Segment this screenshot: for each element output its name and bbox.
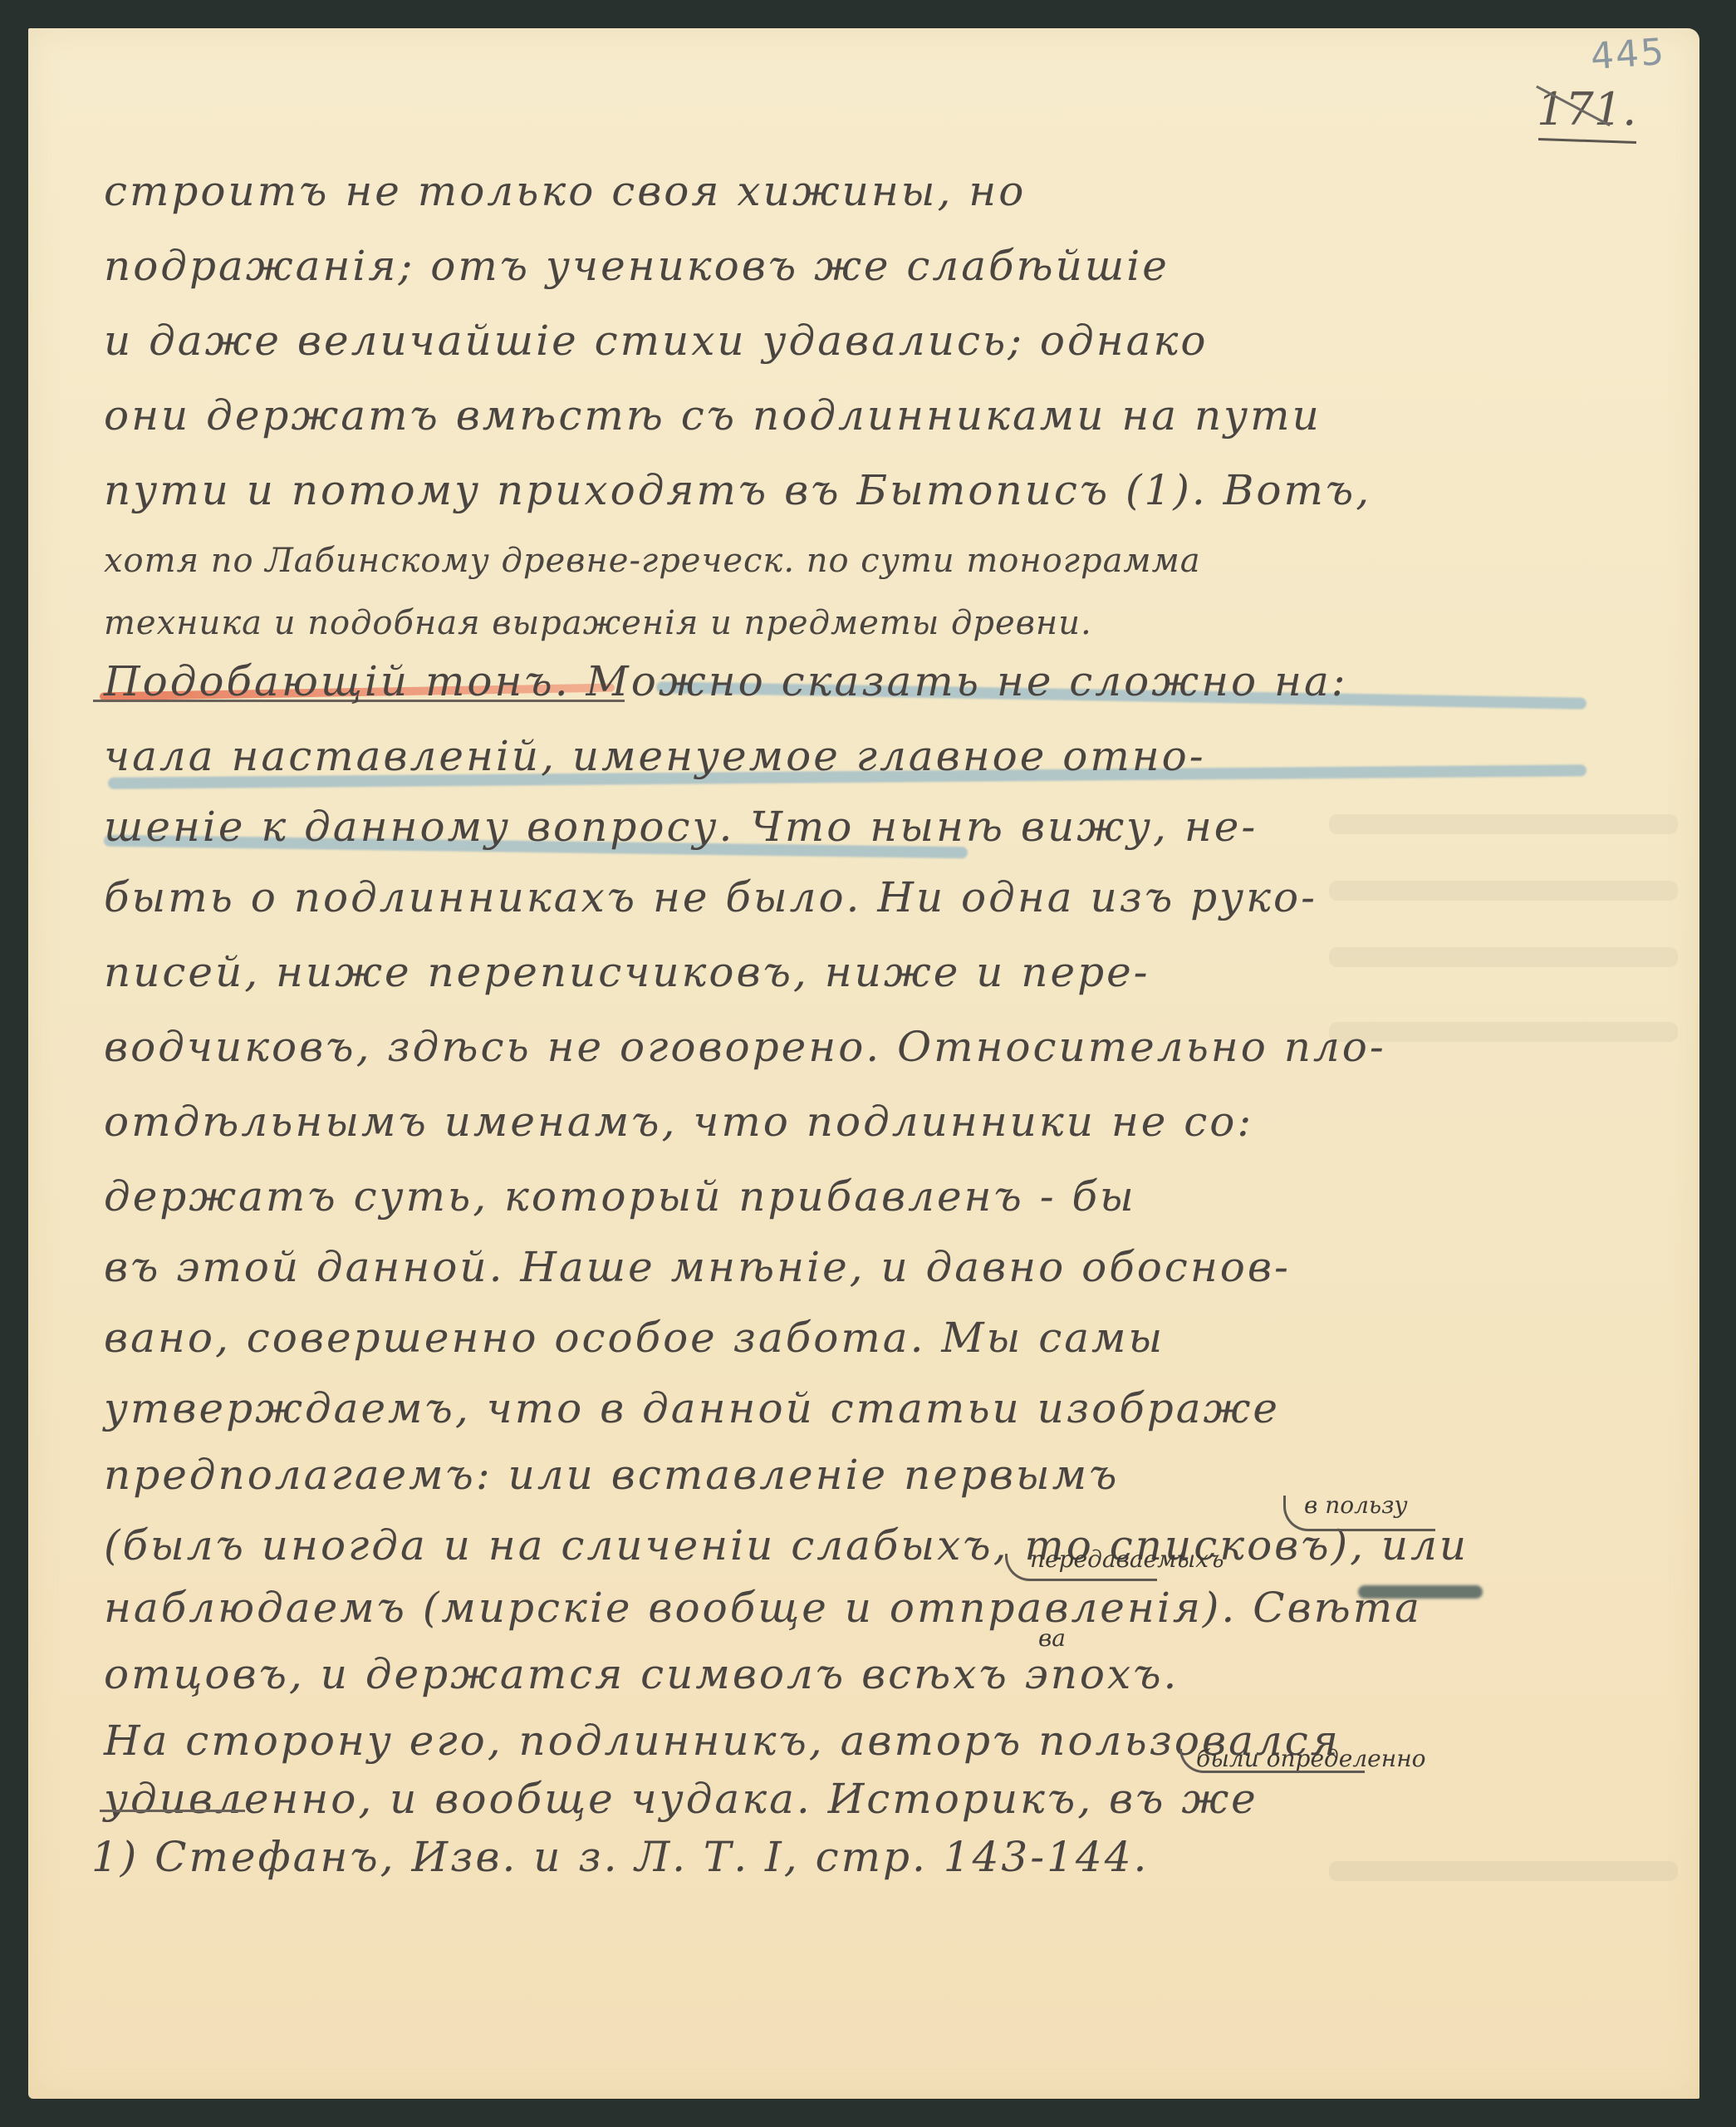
insertion-bracket xyxy=(1005,1554,1157,1581)
text-line: водчиковъ, здѣсь не оговорено. Относител… xyxy=(104,1022,1665,1072)
insertion-bracket xyxy=(1179,1749,1365,1773)
text-line: держатъ суть, который прибавленъ - бы xyxy=(104,1172,1665,1221)
interlinear-insertion: ва xyxy=(1038,1624,1066,1652)
text-line-heading: Подобающій тонъ. Можно сказать не сложно… xyxy=(104,656,1665,706)
text-line: они держатъ вмѣстѣ съ подлинниками на пу… xyxy=(104,391,1665,440)
crossed-out-word xyxy=(1358,1585,1483,1599)
text-line: писей, ниже переписчиковъ, ниже и пере- xyxy=(104,947,1665,997)
text-line: утверждаемъ, что в данной статьи изображ… xyxy=(104,1383,1665,1433)
folio-number: 445 xyxy=(1589,31,1666,78)
text-line: быть о подлинникахъ не было. Ни одна изъ… xyxy=(104,872,1665,922)
page-number: 171. xyxy=(1537,83,1636,135)
text-line: шеніе к данному вопросу. Что нынѣ вижу, … xyxy=(104,802,1665,852)
text-line: отдѣльнымъ именамъ, что подлинники не со… xyxy=(104,1097,1665,1147)
text-line: подражанія; отъ учениковъ же слабѣйшіе xyxy=(104,241,1665,291)
text-line: строитъ не только своя хижины, но xyxy=(104,166,1665,216)
text-line: предполагаемъ: или вставленіе первымъ xyxy=(104,1450,1665,1500)
text-line: На сторону его, подлинникъ, авторъ польз… xyxy=(104,1716,1665,1766)
text-line: и даже величайшіе стихи удавались; однак… xyxy=(104,316,1665,366)
text-line: удивленно, и вообще чудака. Историкъ, въ… xyxy=(104,1774,1665,1824)
text-line: хотя по Лабинскому древне-греческ. по су… xyxy=(104,536,1665,586)
insertion-bracket xyxy=(1283,1496,1435,1531)
text-line: техника и подобная выраженія и предметы … xyxy=(104,598,1665,648)
footnote: 1) Стефанъ, Изв. и з. Л. Т. I, стр. 143-… xyxy=(91,1832,1653,1882)
text-line: отцовъ, и держатся символъ всѣхъ эпохъ. xyxy=(104,1649,1665,1699)
text-line: чала наставленій, именуемое главное отно… xyxy=(104,731,1665,781)
text-line: въ этой данной. Наше мнѣніе, и давно обо… xyxy=(104,1242,1665,1292)
footnote-rule xyxy=(100,1810,245,1812)
text-line: пути и потому приходятъ въ Бытописъ (1).… xyxy=(104,465,1665,515)
page-number-text: 171. xyxy=(1537,83,1636,135)
text-line: вано, совершенно особое забота. Мы самы xyxy=(104,1313,1665,1363)
